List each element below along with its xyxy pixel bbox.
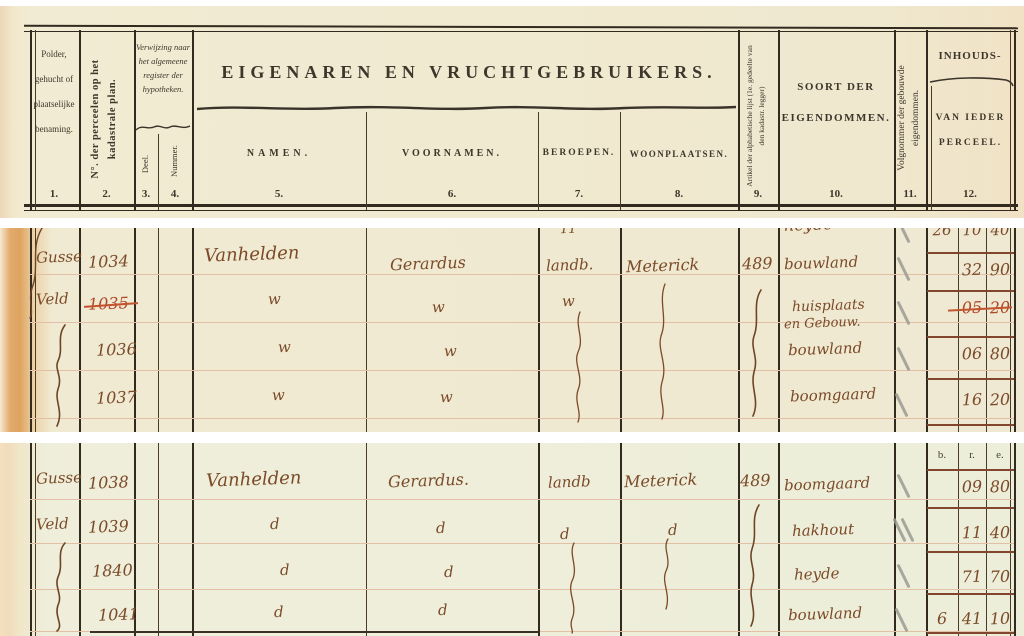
ruled-line [30, 499, 1014, 500]
ruled-line [30, 274, 1014, 275]
land-type: en Gebouw. [784, 315, 861, 333]
column-number-6: 6. [366, 188, 538, 200]
ditto-squiggle [660, 539, 674, 609]
column-number-12: 12. [926, 188, 1014, 200]
col-divider [620, 443, 622, 636]
register-entries-band-1: 11 heyde 26 10 40 Gusse Veld 1034 1035 1… [0, 228, 1024, 432]
col-divider [158, 443, 159, 636]
col-divider [738, 228, 740, 432]
pencil-check [896, 474, 910, 499]
col-divider [778, 228, 780, 432]
column-header-beroepen: BEROEPEN. [538, 148, 620, 158]
col-divider [538, 228, 540, 432]
ditto-mark: d [280, 561, 290, 579]
place-name: Veld [36, 289, 69, 308]
ditto-mark-partial: 11 [560, 228, 577, 237]
ditto-mark: w [278, 338, 291, 356]
pencil-check [896, 564, 910, 589]
pencil-check [896, 228, 910, 243]
ruled-line [30, 543, 1014, 544]
col-divider [894, 228, 896, 432]
place-name: Gusse [36, 468, 83, 488]
column-header-voornamen: VOORNAMEN. [366, 148, 538, 159]
col-divider [926, 228, 928, 432]
inhouds-b-partial: 26 [926, 228, 959, 240]
column-header-artikel: Artikel der alphabetische lijst (1e. ged… [744, 41, 770, 191]
perceel-number: 1037 [96, 387, 137, 407]
table-border [1014, 228, 1016, 432]
ruled-line [30, 589, 1014, 590]
col-divider [192, 30, 194, 210]
inhouds-row-line [927, 290, 1014, 292]
column-number-2: 2. [79, 188, 134, 200]
ditto-squiggle [572, 312, 586, 422]
col-divider [158, 228, 159, 432]
ditto-mark: w [432, 298, 445, 316]
column-header-namen: NAMEN. [192, 148, 366, 159]
bracket-flourish [928, 74, 1014, 86]
inhouds-row-line [927, 507, 1014, 509]
group-header-verwijzing: Verwijzing naar het algemeene register d… [134, 40, 192, 96]
inhouds-e: 40 [986, 523, 1015, 543]
brace [748, 288, 764, 418]
column-header-deel: Deel. [140, 134, 152, 194]
column-number-9: 9. [738, 188, 778, 200]
column-number-3: 3. [134, 188, 158, 200]
ditto-mark: w [444, 342, 457, 360]
inhouds-r: 06 [958, 344, 987, 364]
column-number-8: 8. [620, 188, 738, 200]
table-border [30, 443, 32, 636]
inhouds-r: 41 [958, 609, 987, 629]
frame-top-line [24, 25, 1018, 30]
column-header-volgnommer: Volgnommer der gebouwde eigendommen. [895, 38, 925, 198]
table-border [1014, 30, 1016, 210]
inhouds-e: 10 [986, 609, 1015, 629]
ditto-squiggle [566, 543, 580, 633]
owner-name: Vanhelden [204, 242, 300, 266]
ruled-line [30, 370, 1014, 371]
first-name: Gerardus [390, 253, 466, 275]
frame-bottom-line-2 [24, 210, 1018, 211]
ditto-mark: w [272, 386, 285, 404]
frame-bottom-line [24, 204, 1018, 207]
ditto-mark: d [274, 603, 284, 621]
inhouds-b: 6 [926, 608, 959, 628]
col-divider [366, 443, 367, 636]
inhouds-r-partial: 10 [958, 228, 987, 239]
perceel-number: 1036 [96, 339, 137, 359]
register-header-band: Polder, gehucht of plaatselijke benaming… [0, 6, 1024, 218]
inhouds-e: 70 [986, 567, 1015, 587]
land-type: boomgaard [784, 474, 871, 495]
place-name: Gusse [36, 247, 83, 267]
inhouds-r: 16 [958, 390, 987, 410]
inhouds-e: 80 [986, 344, 1015, 364]
inhouds-e: 20 [986, 390, 1015, 410]
land-type: boomgaard [790, 385, 877, 406]
inhouds-row-line [927, 424, 1014, 426]
register-entries-band-2: b. r. e. Gusse Veld 1038 1039 1840 1041 … [0, 443, 1024, 636]
column-header-nummer: Nummer. [169, 126, 181, 196]
table-border [1014, 443, 1016, 636]
frame-top-line-2 [24, 31, 1018, 32]
occupation: landb. [546, 255, 594, 275]
ditto-mark: d [560, 525, 570, 543]
col-divider [738, 30, 740, 210]
brace-flourish [134, 122, 192, 132]
land-type: bouwland [784, 253, 859, 274]
artikel-number: 489 [740, 470, 771, 490]
ditto-mark: d [668, 521, 678, 539]
ditto-squiggle [656, 284, 670, 419]
first-name: Gerardus. [388, 470, 470, 492]
column-header-woonplaatsen: WOONPLAATSEN. [620, 149, 738, 159]
col-divider [538, 443, 540, 636]
pencil-check [896, 257, 910, 282]
brace [746, 503, 762, 628]
inhouds-row-line [927, 551, 1014, 553]
inhouds-r: 32 [958, 260, 987, 280]
pencil-check [894, 393, 908, 418]
column-number-4: 4. [158, 188, 192, 200]
place-name: Veld [36, 514, 69, 533]
col-divider [778, 443, 780, 636]
inhouds-r: 09 [958, 477, 987, 497]
col-divider [192, 443, 194, 636]
land-type: bouwland [788, 604, 863, 625]
inhouds-row-line [927, 469, 1014, 471]
inhouds-r: 11 [958, 523, 987, 543]
group-header-eigenaren: EIGENAREN EN VRUCHTGEBRUIKERS. [200, 62, 738, 83]
column-header-polder: Polder, gehucht of plaatselijke benaming… [30, 42, 78, 142]
pencil-check [896, 347, 910, 372]
column-header-van-ieder-perceel: VAN IEDER PERCEEL. [931, 106, 1010, 156]
brace [52, 323, 68, 428]
land-type: bouwland [788, 339, 863, 360]
residence: Meterick [624, 470, 698, 492]
ditto-mark: w [440, 388, 453, 406]
subcol-header-b: b. [926, 449, 958, 461]
column-header-soort: SOORT DER EIGENDOMMEN. [778, 72, 894, 134]
perceel-number: 1041 [98, 604, 139, 624]
ditto-mark: w [562, 292, 575, 310]
perceel-number: 1840 [92, 560, 133, 580]
next-row-border-partial [90, 631, 540, 633]
inhouds-e-partial: 40 [986, 228, 1015, 239]
inhouds-row-line [927, 632, 1014, 634]
soort-partial: heyde [784, 228, 833, 235]
subcol-header-e: e. [986, 449, 1014, 461]
ruled-line [30, 418, 1014, 419]
land-type: hakhout [792, 520, 855, 540]
inhouds-row-line [927, 593, 1014, 595]
scanned-register-page: Polder, gehucht of plaatselijke benaming… [0, 0, 1024, 636]
ditto-mark: d [438, 601, 448, 619]
land-type: heyde [794, 564, 840, 584]
ditto-mark: d [436, 519, 446, 537]
ditto-mark: d [270, 515, 280, 533]
inhouds-r: 71 [958, 567, 987, 587]
column-number-10: 10. [778, 188, 894, 200]
ditto-mark: d [444, 563, 454, 581]
column-number-7: 7. [538, 188, 620, 200]
residence: Meterick [626, 255, 700, 277]
occupation: landb [548, 472, 591, 491]
col-divider [192, 228, 194, 432]
inhouds-row-line [927, 378, 1014, 380]
ruled-line [30, 322, 1014, 323]
col-divider [926, 443, 928, 636]
col-divider [79, 30, 81, 210]
inhouds-e: 80 [986, 477, 1015, 497]
subcol-header-r: r. [958, 449, 986, 461]
inhouds-row-line [927, 252, 1014, 254]
perceel-number: 1039 [88, 516, 129, 536]
col-divider [366, 228, 367, 432]
column-number-1: 1. [30, 188, 78, 200]
column-header-inhouds: INHOUDS- [926, 50, 1014, 62]
inhouds-e: 90 [986, 260, 1015, 280]
artikel-number: 489 [742, 253, 773, 273]
land-type: huisplaats [792, 297, 865, 316]
column-number-5: 5. [192, 188, 366, 200]
column-header-perceelen: N°. der perceelen op het kadastrale plan… [87, 34, 125, 204]
col-divider [620, 228, 622, 432]
ditto-mark: w [268, 290, 281, 308]
brace [52, 541, 68, 633]
pencil-check [894, 608, 908, 633]
wavy-rule [195, 102, 738, 114]
inhouds-row-line [927, 336, 1014, 338]
perceel-number: 1038 [88, 472, 129, 492]
column-number-11: 11. [894, 188, 926, 200]
owner-name: Vanhelden [206, 467, 302, 491]
perceel-number: 1034 [88, 251, 129, 271]
